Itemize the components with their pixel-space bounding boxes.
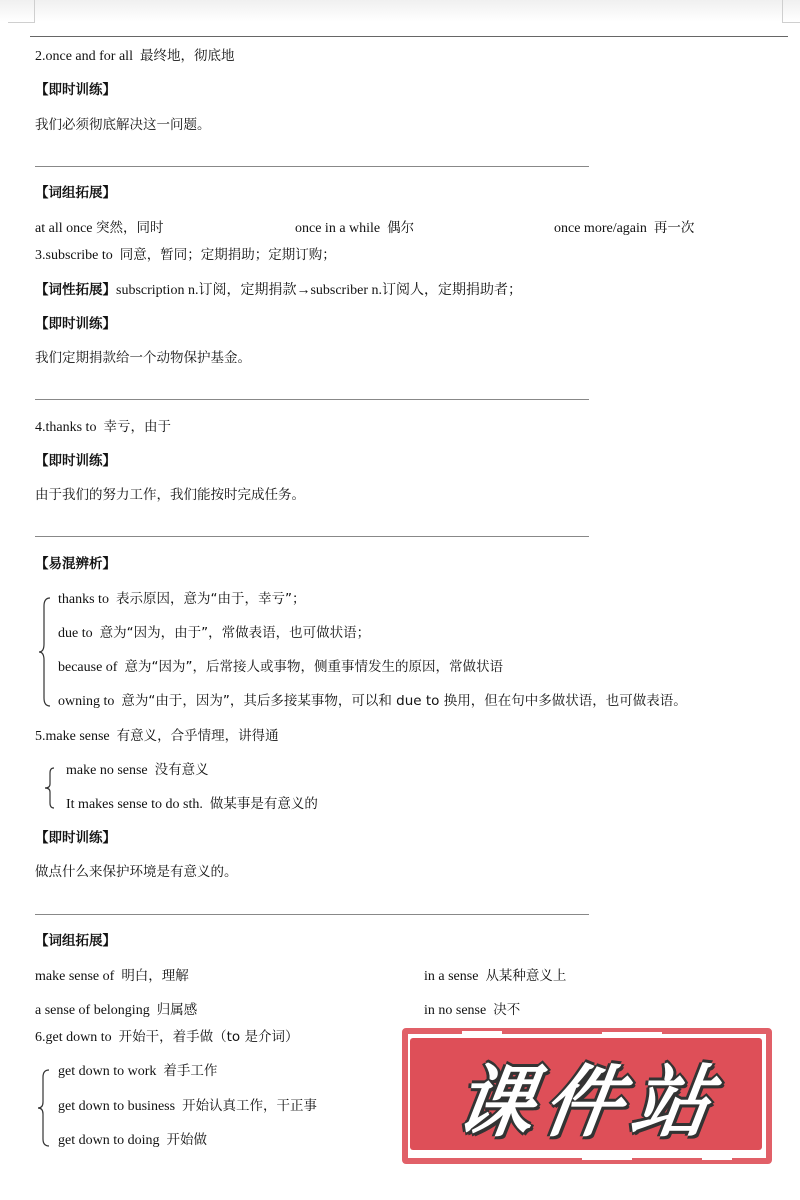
- phrase-extension-heading: 【词组拓展】: [35, 184, 116, 202]
- section-3-title: 3.subscribe to 同意，暂同；定期捐助；定期订购；: [35, 246, 336, 265]
- section-6-title: 6.get down to 开始干，着手做（to 是介词）: [35, 1028, 298, 1047]
- phrase-item: once more/again 再一次: [554, 219, 694, 238]
- page-corner-mark-left: [8, 0, 35, 23]
- answer-line: [35, 536, 589, 537]
- practice-text: 由于我们的努力工作，我们能按时完成任务。: [35, 486, 305, 504]
- phrase-cn: 有意义，合乎情理，讲得通: [117, 728, 279, 744]
- get-down-item: get down to business 开始认真工作，干正事: [58, 1097, 317, 1116]
- phrase-cn: 开始干，着手做（to 是介词）: [119, 1029, 299, 1045]
- confusion-item: due to 意为“因为，由于”，常做表语，也可做状语；: [58, 624, 370, 643]
- wordclass-extension: 【词性拓展】subscription n.订阅，定期捐款→subscriber …: [35, 281, 522, 300]
- practice-heading: 【即时训练】: [35, 829, 116, 847]
- phrase-cn: 最终地，彻底地: [140, 48, 235, 64]
- phrase-item: once in a while 偶尔: [295, 219, 414, 238]
- phrase-extension-row: at all once 突然，同时 once in a while 偶尔 onc…: [35, 219, 735, 238]
- left-brace-icon: [44, 766, 56, 810]
- page-corner-mark-right: [782, 0, 800, 23]
- practice-heading: 【即时训练】: [35, 315, 116, 333]
- answer-line: [35, 914, 589, 915]
- header-divider: [30, 36, 788, 37]
- confusion-item: because of 意为“因为”，后常接人或事物，侧重事情发生的原因，常做状语: [58, 658, 503, 677]
- phrase-item: in a sense 从某种意义上: [424, 967, 566, 986]
- section-4-title: 4.thanks to 幸亏，由于: [35, 418, 171, 437]
- left-brace-icon: [38, 596, 52, 708]
- practice-text: 我们定期捐款给一个动物保护基金。: [35, 349, 251, 367]
- get-down-item: get down to doing 开始做: [58, 1131, 207, 1150]
- practice-text: 做点什么来保护环境是有意义的。: [35, 863, 238, 881]
- practice-text: 我们必须彻底解决这一问题。: [35, 116, 211, 134]
- practice-heading: 【即时训练】: [35, 452, 116, 470]
- answer-line: [35, 166, 589, 167]
- watermark-stamp: 课件站: [402, 1028, 776, 1168]
- phrase-item: a sense of belonging 归属感: [35, 1001, 197, 1020]
- sense-item: make no sense 没有意义: [66, 761, 209, 780]
- phrase-en: 4.thanks to: [35, 420, 96, 435]
- confusion-item: thanks to 表示原因，意为“由于，幸亏”；: [58, 590, 305, 609]
- phrase-item: make sense of 明白，理解: [35, 967, 189, 986]
- phrase-cn: 同意，暂同；定期捐助；定期订购；: [120, 247, 336, 263]
- wordclass-heading: 【词性拓展】: [35, 282, 116, 298]
- section-5-title: 5.make sense 有意义，合乎情理，讲得通: [35, 727, 279, 746]
- confusion-item: owning to 意为“由于，因为”，其后多接某事物，可以和 due to 换…: [58, 692, 687, 711]
- wordclass-text: subscription n.订阅，定期捐款→subscriber n.订阅人，…: [116, 283, 522, 298]
- phrase-en: 2.once and for all: [35, 49, 133, 64]
- answer-line: [35, 399, 589, 400]
- page-top-margin: [0, 0, 800, 22]
- sense-item: It makes sense to do sth. 做某事是有意义的: [66, 795, 318, 814]
- phrase-item: at all once 突然，同时: [35, 221, 164, 236]
- practice-heading: 【即时训练】: [35, 81, 116, 99]
- phrase-en: 6.get down to: [35, 1030, 112, 1045]
- phrase-item: in no sense 决不: [424, 1001, 520, 1020]
- phrase-en: 3.subscribe to: [35, 248, 113, 263]
- get-down-item: get down to work 着手工作: [58, 1062, 217, 1081]
- phrase-en: 5.make sense: [35, 729, 110, 744]
- confusion-heading: 【易混辨析】: [35, 555, 116, 573]
- phrase-extension-heading: 【词组拓展】: [35, 932, 116, 950]
- phrase-cn: 幸亏，由于: [103, 419, 171, 435]
- watermark-text: 课件站: [417, 1046, 761, 1146]
- section-2-title: 2.once and for all 最终地，彻底地: [35, 47, 234, 66]
- left-brace-icon: [37, 1068, 51, 1148]
